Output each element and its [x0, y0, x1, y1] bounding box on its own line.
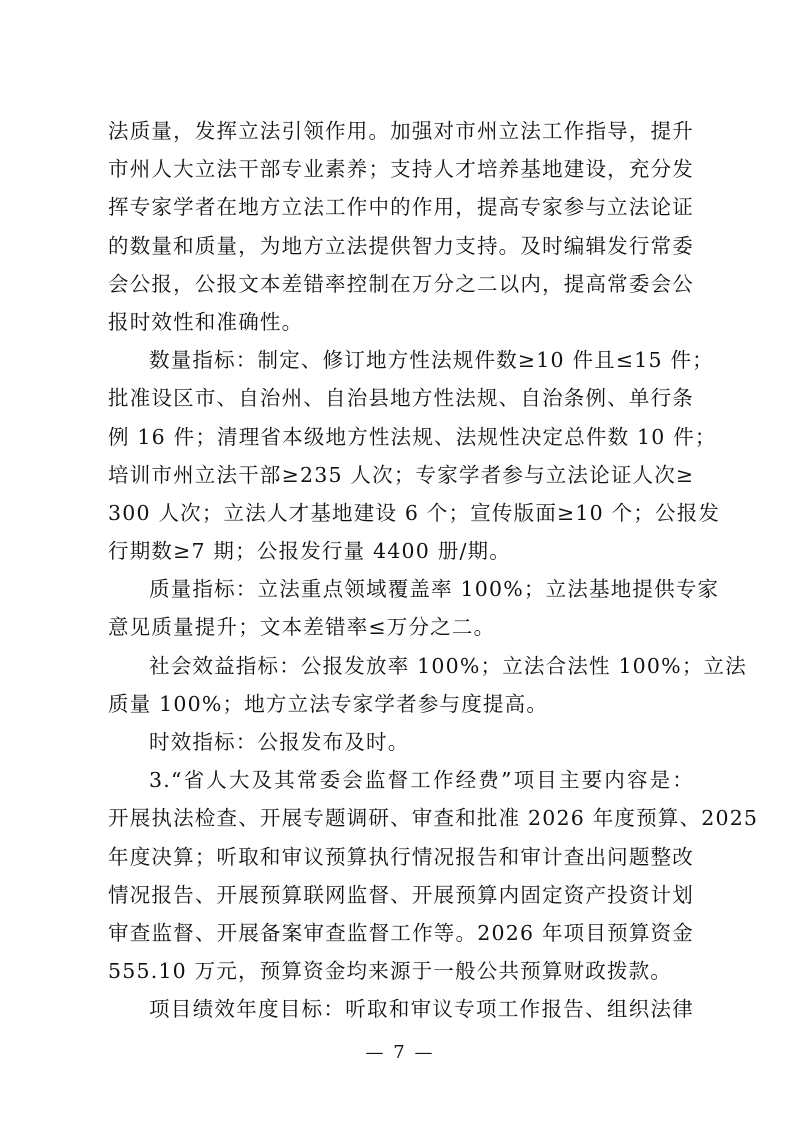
paragraph-supervision-project: 3.“省人大及其常委会监督工作经费”项目主要内容是： — [108, 761, 694, 799]
document-body: 法质量，发挥立法引领作用。加强对市州立法工作指导，提升 市州人大立法干部专业素养… — [108, 112, 694, 1029]
paragraph-quality-indicators: 质量指标：立法重点领域覆盖率 100%；立法基地提供专家 — [108, 570, 694, 608]
text-line: 报时效性和准确性。 — [108, 303, 694, 341]
paragraph-timeliness-indicators: 时效指标：公报发布及时。 — [108, 723, 694, 761]
text-line: 行期数≥7 期；公报发行量 4400 册/期。 — [108, 532, 694, 570]
paragraph-social-benefit-indicators: 社会效益指标：公报发放率 100%；立法合法性 100%；立法 — [108, 647, 694, 685]
text-line: 审查监督、开展备案审查监督工作等。2026 年项目预算资金 — [108, 914, 694, 952]
text-line: 会公报，公报文本差错率控制在万分之二以内，提高常委会公 — [108, 265, 694, 303]
text-line: 情况报告、开展预算联网监督、开展预算内固定资产投资计划 — [108, 876, 694, 914]
document-page: 法质量，发挥立法引领作用。加强对市州立法工作指导，提升 市州人大立法干部专业素养… — [0, 0, 800, 1131]
text-line: 法质量，发挥立法引领作用。加强对市州立法工作指导，提升 — [108, 112, 694, 150]
text-line: 意见质量提升；文本差错率≤万分之二。 — [108, 608, 694, 646]
text-line: 555.10 万元，预算资金均来源于一般公共预算财政拨款。 — [108, 952, 694, 990]
page-number: — 7 — — [0, 1042, 800, 1063]
text-line: 300 人次；立法人才基地建设 6 个；宣传版面≥10 个；公报发 — [108, 494, 694, 532]
text-line: 的数量和质量，为地方立法提供智力支持。及时编辑发行常委 — [108, 227, 694, 265]
text-line: 培训市州立法干部≥235 人次；专家学者参与立法论证人次≥ — [108, 456, 694, 494]
text-line: 例 16 件；清理省本级地方性法规、法规性决定总件数 10 件； — [108, 418, 694, 456]
text-line: 批准设区市、自治州、自治县地方性法规、自治条例、单行条 — [108, 379, 694, 417]
text-line: 挥专家学者在地方立法工作中的作用，提高专家参与立法论证 — [108, 188, 694, 226]
text-line: 年度决算；听取和审议预算执行情况报告和审计查出问题整改 — [108, 838, 694, 876]
text-line: 市州人大立法干部专业素养；支持人才培养基地建设，充分发 — [108, 150, 694, 188]
text-line: 开展执法检查、开展专题调研、审查和批准 2026 年度预算、2025 — [108, 799, 694, 837]
paragraph-performance-goals: 项目绩效年度目标：听取和审议专项工作报告、组织法律 — [108, 990, 694, 1028]
paragraph-quantity-indicators: 数量指标：制定、修订地方性法规件数≥10 件且≤15 件； — [108, 341, 694, 379]
text-line: 质量 100%；地方立法专家学者参与度提高。 — [108, 685, 694, 723]
